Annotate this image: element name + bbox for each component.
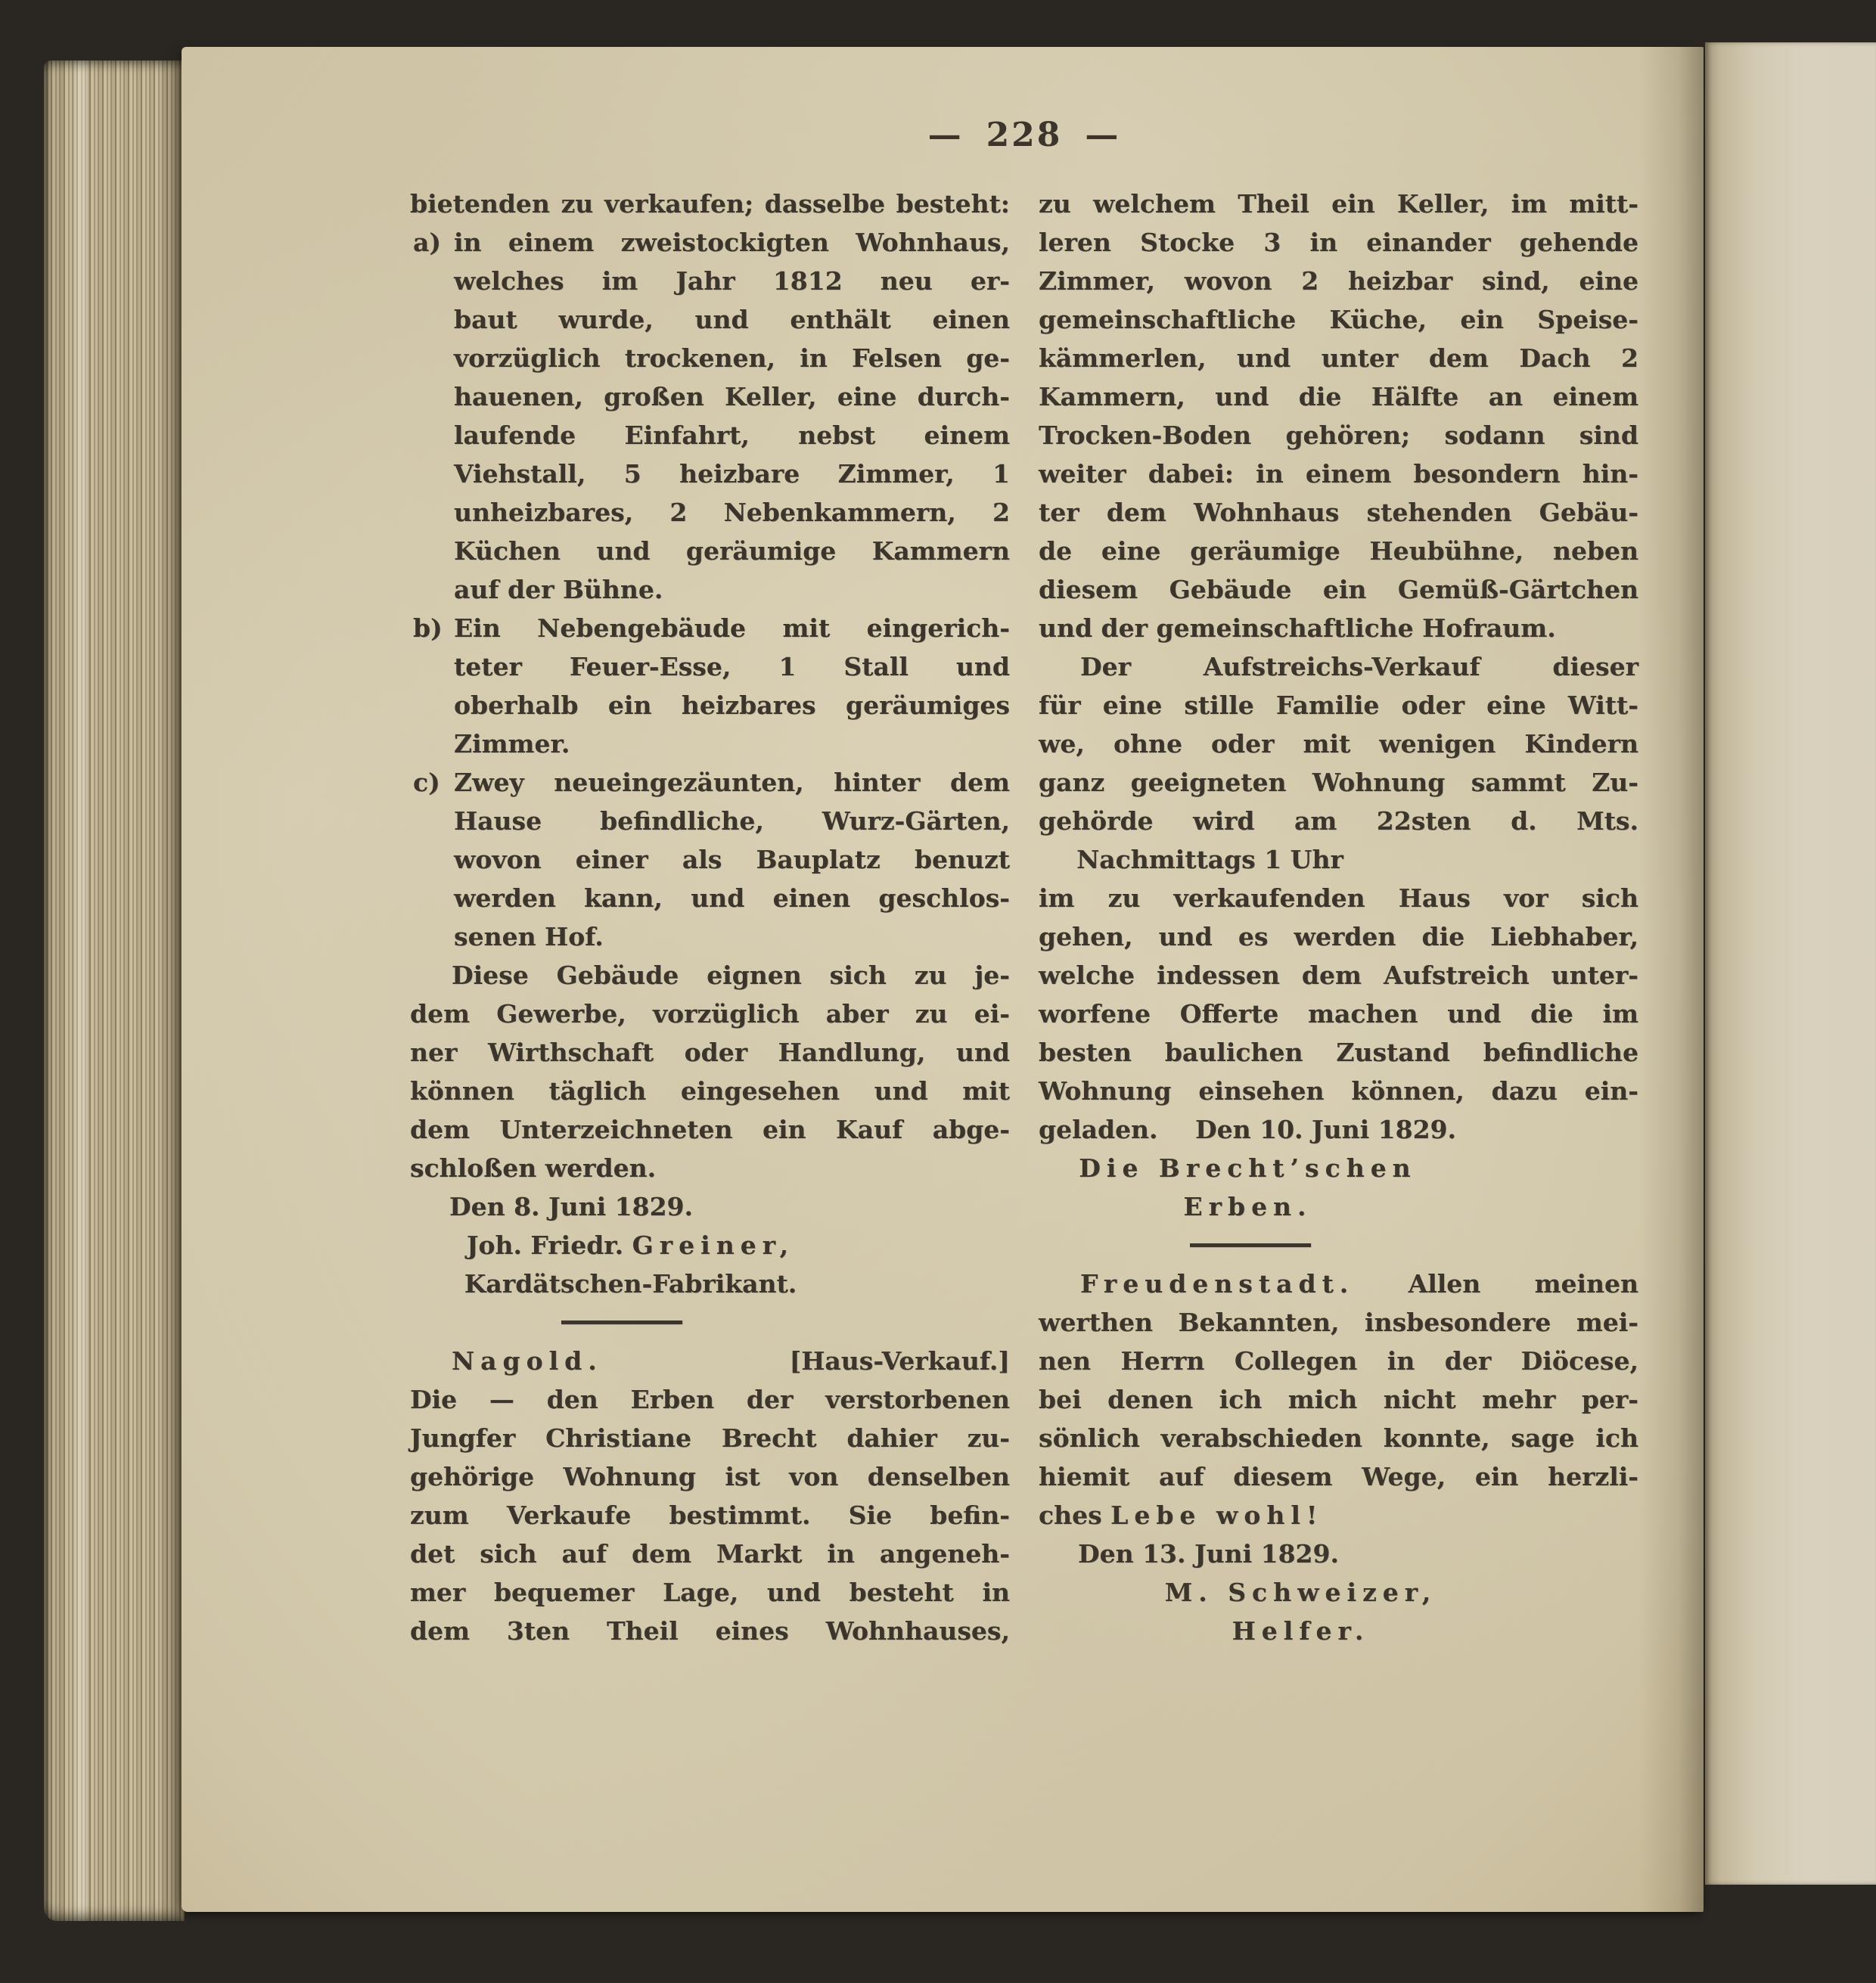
text-line: Trocken-Boden gehören; sodann sind: [1039, 416, 1638, 455]
text-line: Die Brecht’schen: [1039, 1149, 1638, 1187]
paragraph-diese-gebaeude: Diese Gebäude eignen sich zu je-dem Gewe…: [410, 956, 1010, 1187]
text-line: leren Stocke 3 in einander gehende: [1039, 223, 1638, 262]
paragraph-continuation: zu welchem Theil ein Keller, im mitt-ler…: [1039, 185, 1638, 647]
text-line: gehörige Wohnung ist von denselben: [410, 1457, 1010, 1496]
text-line: Den 8. Juni 1829.: [410, 1187, 1010, 1226]
paragraph-freudenstadt: Freudenstadt. Allen meinenwerthen Bekann…: [1039, 1265, 1638, 1535]
date-line: Den 8. Juni 1829.: [410, 1187, 1010, 1226]
text-line: welche indessen dem Aufstreich unter-: [1039, 956, 1638, 995]
text-line: hauenen, großen Keller, eine durch-: [454, 377, 1010, 416]
signature-brecht: Die Brecht’schenErben.: [1039, 1149, 1638, 1226]
text-line: Nachmittags 1 Uhr: [1039, 840, 1638, 879]
text-line: dem 3ten Theil eines Wohnhauses,: [410, 1612, 1010, 1650]
text-line: gehen, und es werden die Liebhaber,: [1039, 917, 1638, 956]
text-line: zum Verkaufe bestimmt. Sie befin-: [410, 1496, 1010, 1535]
text-line: Zimmer, wovon 2 heizbar sind, eine: [1039, 262, 1638, 300]
text-line: werthen Bekannten, insbesondere mei-: [1039, 1303, 1638, 1342]
signature-schweizer: M. Schweizer,Helfer.: [1039, 1573, 1638, 1650]
text-line: Zwey neueingezäunten, hinter dem: [454, 763, 1010, 802]
list-item-label: c): [413, 763, 440, 802]
text-line: gehörde wird am 22sten d. Mts.: [1039, 802, 1638, 840]
text-line: wovon einer als Bauplatz benuzt: [454, 840, 1010, 879]
text-line: in einem zweistockigten Wohnhaus,: [454, 223, 1010, 262]
text-line: Diese Gebäude eignen sich zu je-: [410, 956, 1010, 995]
letterspaced-text: Freudenstadt.: [1080, 1269, 1354, 1299]
list-item-c: c)Zwey neueingezäunten, hinter demHause …: [410, 763, 1010, 956]
text-line: Joh. Friedr. Greiner,: [410, 1226, 1010, 1265]
header-dash-right: —: [1085, 116, 1120, 154]
text-line: sönlich verabschieden konnte, sage ich: [1039, 1419, 1638, 1457]
text-line: für eine stille Familie oder eine Witt-: [1039, 686, 1638, 725]
text-line: schloßen werden.: [410, 1149, 1010, 1187]
text-line: besten baulichen Zustand befindliche: [1039, 1033, 1638, 1072]
date-line: Den 13. Juni 1829.: [1039, 1535, 1638, 1573]
text-segment: Allen meinen: [1354, 1269, 1638, 1299]
time-line: Nachmittags 1 Uhr: [1039, 840, 1638, 879]
text-line: hiemit auf diesem Wege, ein herzli-: [1039, 1457, 1638, 1496]
letterspaced-text: Lebe wohl!: [1110, 1500, 1323, 1530]
text-line: Die — den Erben der verstorbenen: [410, 1380, 1010, 1419]
list-item-a: a)in einem zweistockigten Wohnhaus,welch…: [410, 223, 1010, 609]
text-segment: Joh. Friedr.: [467, 1230, 632, 1260]
text-line: werden kann, und einen geschlos-: [454, 879, 1010, 917]
text-line: ter dem Wohnhaus stehenden Gebäu-: [1039, 493, 1638, 532]
text-line: Zimmer.: [454, 725, 1010, 763]
page-number: 228: [986, 116, 1063, 154]
text-line: Viehstall, 5 heizbare Zimmer, 1: [454, 455, 1010, 493]
column-left: bietenden zu verkaufen; dasselbe besteht…: [410, 185, 1010, 1650]
text-line: laufende Einfahrt, nebst einem: [454, 416, 1010, 455]
text-line: und der gemeinschaftliche Hofraum.: [1039, 609, 1638, 647]
text-line: geladen. Den 10. Juni 1829.: [1039, 1110, 1638, 1149]
text-line: bei denen ich mich nicht mehr per-: [1039, 1380, 1638, 1419]
text-line: Hause befindliche, Wurz-Gärten,: [454, 802, 1010, 840]
letterspaced-text: Helfer.: [1232, 1616, 1370, 1646]
text-line: im zu verkaufenden Haus vor sich: [1039, 879, 1638, 917]
signature-greiner: Joh. Friedr. Greiner,Kardätschen-Fabrika…: [410, 1226, 1010, 1303]
text-line: we, ohne oder mit wenigen Kindern: [1039, 725, 1638, 763]
text-line: teter Feuer-Esse, 1 Stall und: [454, 647, 1010, 686]
list-item-b: b)Ein Nebengebäude mit eingerich-teter F…: [410, 609, 1010, 763]
text-segment: [Haus-Verkauf.]: [603, 1346, 1010, 1376]
text-line: ner Wirthschaft oder Handlung, und: [410, 1033, 1010, 1072]
text-line: Der Aufstreichs-Verkauf dieser: [1039, 647, 1638, 686]
section-divider-rule: [561, 1320, 682, 1324]
text-line: baut wurde, und enthält einen: [454, 300, 1010, 339]
text-line: Jungfer Christiane Brecht dahier zu-: [410, 1419, 1010, 1457]
text-line: Kardätschen-Fabrikant.: [410, 1265, 1010, 1303]
text-line: Freudenstadt. Allen meinen: [1039, 1265, 1638, 1303]
text-columns: bietenden zu verkaufen; dasselbe besteht…: [410, 185, 1638, 1650]
page-edge-stack: [44, 61, 185, 1921]
text-line: kämmerlen, und unter dem Dach 2: [1039, 339, 1638, 377]
text-line: ches Lebe wohl!: [1039, 1496, 1638, 1535]
text-line: Küchen und geräumige Kammern: [454, 532, 1010, 570]
text-line: Ein Nebengebäude mit eingerich-: [454, 609, 1010, 647]
text-line: M. Schweizer,: [1039, 1573, 1638, 1612]
text-line: welches im Jahr 1812 neu er-: [454, 262, 1010, 300]
section-divider-rule: [1190, 1243, 1311, 1247]
text-segment: ches: [1039, 1500, 1110, 1530]
text-line: bietenden zu verkaufen; dasselbe besteht…: [410, 185, 1010, 223]
list-item-label: b): [413, 609, 443, 647]
column-right: zu welchem Theil ein Keller, im mitt-ler…: [1039, 185, 1638, 1650]
text-line: vorzüglich trockenen, in Felsen ge-: [454, 339, 1010, 377]
book-page: —228— bietenden zu verkaufen; dasselbe b…: [182, 47, 1704, 1912]
text-line: det sich auf dem Markt in angeneh-: [410, 1535, 1010, 1573]
text-line: unheizbares, 2 Nebenkammern, 2: [454, 493, 1010, 532]
paragraph-termin: im zu verkaufenden Haus vor sichgehen, u…: [1039, 879, 1638, 1149]
paragraph-continuation: bietenden zu verkaufen; dasselbe besteht…: [410, 185, 1010, 223]
text-line: senen Hof.: [454, 917, 1010, 956]
list-item-label: a): [413, 223, 441, 262]
text-line: Helfer.: [1039, 1612, 1638, 1650]
text-line: zu welchem Theil ein Keller, im mitt-: [1039, 185, 1638, 223]
text-line: auf der Bühne.: [454, 570, 1010, 609]
text-line: dem Unterzeichneten ein Kauf abge-: [410, 1110, 1010, 1149]
paragraph-nagold: Nagold. [Haus-Verkauf.]Die — den Erben d…: [410, 1342, 1010, 1650]
book-scan: —228— bietenden zu verkaufen; dasselbe b…: [0, 0, 1876, 1983]
text-line: Nagold. [Haus-Verkauf.]: [410, 1342, 1010, 1380]
text-line: Kammern, und die Hälfte an einem: [1039, 377, 1638, 416]
text-line: weiter dabei: in einem besondern hin-: [1039, 455, 1638, 493]
text-line: gemeinschaftliche Küche, ein Speise-: [1039, 300, 1638, 339]
paragraph-aufstreich: Der Aufstreichs-Verkauf dieserfür eine s…: [1039, 647, 1638, 840]
text-line: de eine geräumige Heubühne, neben: [1039, 532, 1638, 570]
text-line: nen Herrn Collegen in der Diöcese,: [1039, 1342, 1638, 1380]
facing-page-edge: [1705, 42, 1876, 1885]
letterspaced-text: Die Brecht’schen: [1079, 1153, 1416, 1183]
header-dash-left: —: [928, 116, 964, 154]
text-line: ganz geeigneten Wohnung sammt Zu-: [1039, 763, 1638, 802]
letterspaced-text: Greiner,: [632, 1230, 795, 1260]
text-line: Den 13. Juni 1829.: [1039, 1535, 1638, 1573]
text-line: können täglich eingesehen und mit: [410, 1072, 1010, 1110]
text-line: Wohnung einsehen können, dazu ein-: [1039, 1072, 1638, 1110]
text-line: mer bequemer Lage, und besteht in: [410, 1573, 1010, 1612]
text-line: diesem Gebäude ein Gemüß-Gärtchen: [1039, 570, 1638, 609]
text-line: worfene Offerte machen und die im: [1039, 995, 1638, 1033]
text-line: oberhalb ein heizbares geräumiges: [454, 686, 1010, 725]
letterspaced-text: Nagold.: [452, 1346, 603, 1376]
text-line: dem Gewerbe, vorzüglich aber zu ei-: [410, 995, 1010, 1033]
page-header: —228—: [410, 112, 1638, 159]
letterspaced-text: Erben.: [1183, 1192, 1312, 1221]
text-line: Erben.: [1039, 1187, 1638, 1226]
letterspaced-text: M. Schweizer,: [1165, 1578, 1437, 1607]
page-text-area: —228— bietenden zu verkaufen; dasselbe b…: [410, 112, 1638, 1650]
